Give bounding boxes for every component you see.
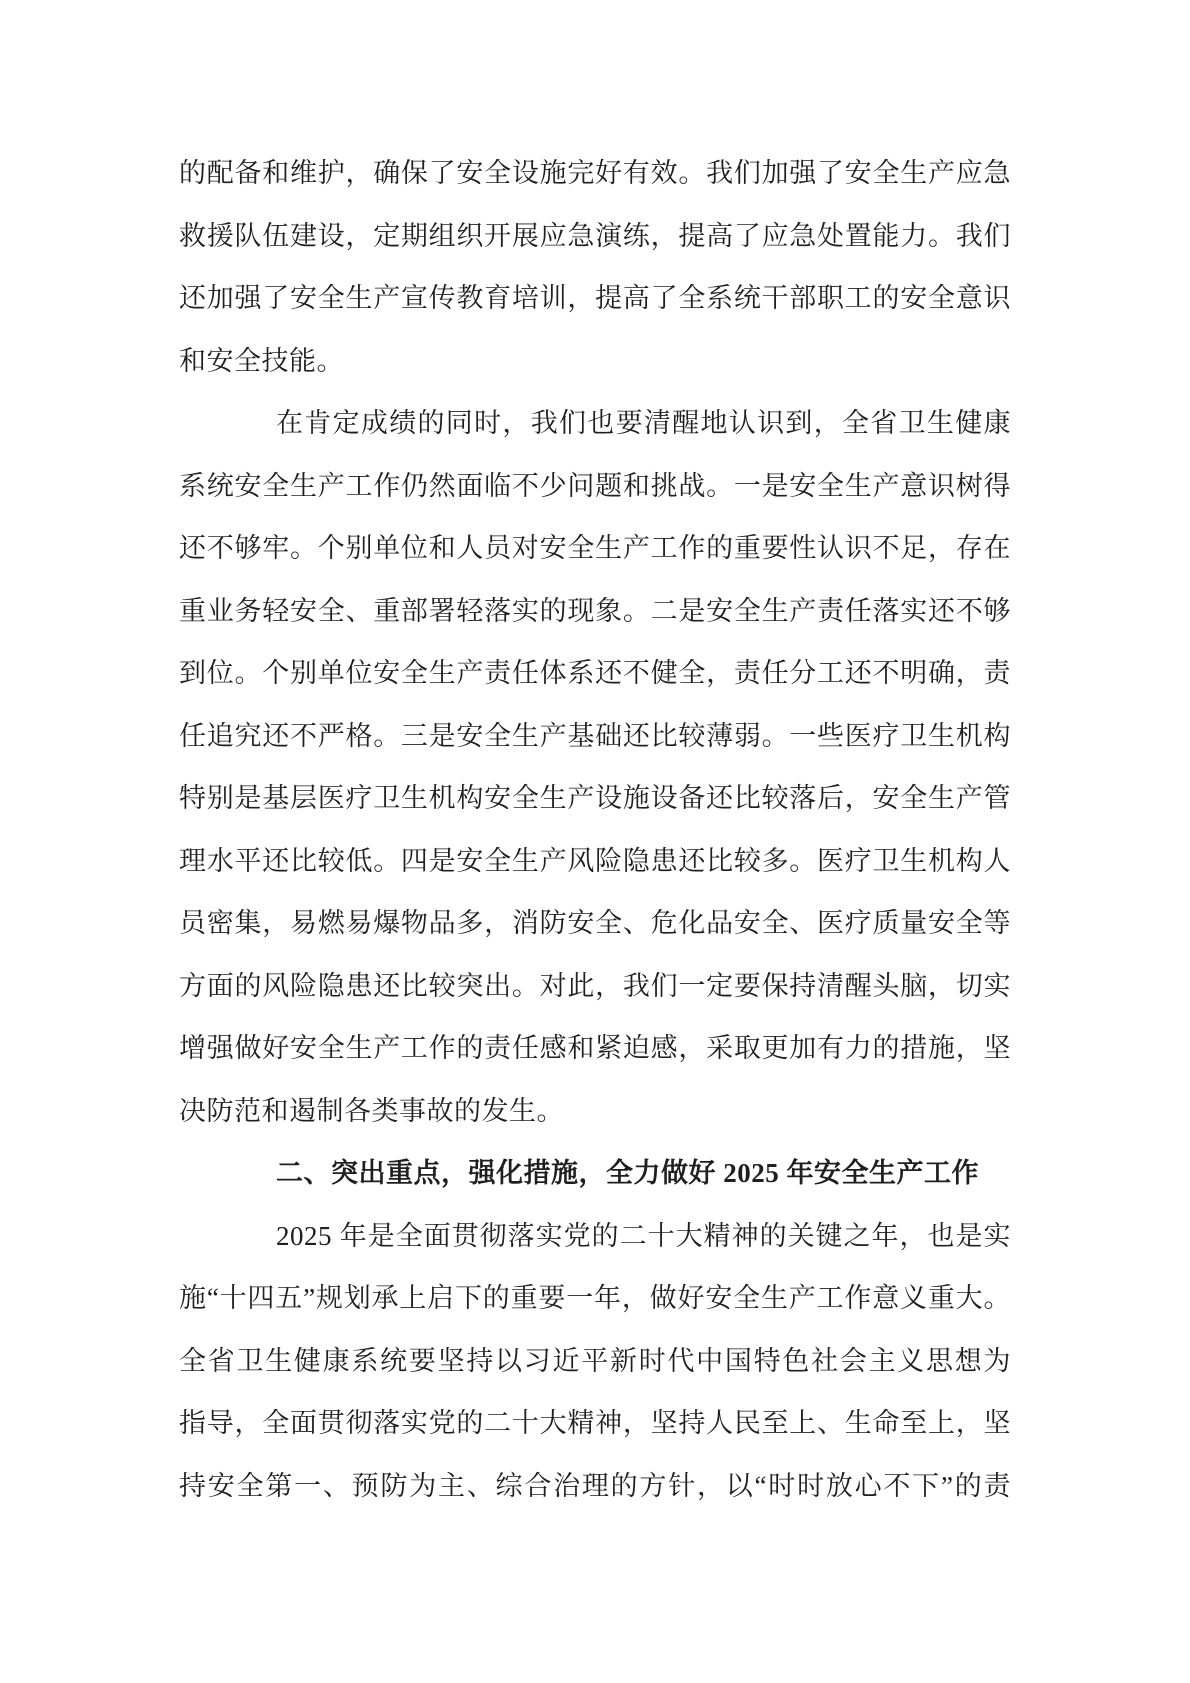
text-line: 系统安全生产工作仍然面临不少问题和挑战。一是安全生产意识树得	[179, 455, 1011, 518]
text-line: 的配备和维护，确保了安全设施完好有效。我们加强了安全生产应急	[179, 142, 1011, 205]
text-line: 救援队伍建设，定期组织开展应急演练，提高了应急处置能力。我们	[179, 205, 1011, 268]
text-line: 重业务轻安全、重部署轻落实的现象。二是安全生产责任落实还不够	[179, 580, 1011, 643]
text-line: 理水平还比较低。四是安全生产风险隐患还比较多。医疗卫生机构人	[179, 830, 1011, 893]
text-line: 增强做好安全生产工作的责任感和紧迫感，采取更加有力的措施，坚	[179, 1017, 1011, 1080]
document-page: 的配备和维护，确保了安全设施完好有效。我们加强了安全生产应急救援队伍建设，定期组…	[0, 0, 1190, 1683]
body-paragraph: 在肯定成绩的同时，我们也要清醒地认识到，全省卫生健康系统安全生产工作仍然面临不少…	[179, 392, 1011, 1142]
document-body: 的配备和维护，确保了安全设施完好有效。我们加强了安全生产应急救援队伍建设，定期组…	[179, 142, 1011, 1517]
text-line: 二、突出重点，强化措施，全力做好 2025 年安全生产工作	[179, 1142, 1011, 1205]
text-line: 2025 年是全面贯彻落实党的二十大精神的关键之年，也是实	[179, 1205, 1011, 1268]
text-line: 到位。个别单位安全生产责任体系还不健全，责任分工还不明确，责	[179, 642, 1011, 705]
text-line: 任追究还不严格。三是安全生产基础还比较薄弱。一些医疗卫生机构	[179, 705, 1011, 768]
text-line: 持安全第一、预防为主、综合治理的方针，以“时时放心不下”的责	[179, 1455, 1011, 1518]
text-line: 还加强了安全生产宣传教育培训，提高了全系统干部职工的安全意识	[179, 267, 1011, 330]
text-line: 特别是基层医疗卫生机构安全生产设施设备还比较落后，安全生产管	[179, 767, 1011, 830]
text-line: 指导，全面贯彻落实党的二十大精神，坚持人民至上、生命至上，坚	[179, 1392, 1011, 1455]
text-line: 还不够牢。个别单位和人员对安全生产工作的重要性认识不足，存在	[179, 517, 1011, 580]
body-paragraph: 的配备和维护，确保了安全设施完好有效。我们加强了安全生产应急救援队伍建设，定期组…	[179, 142, 1011, 392]
text-line: 员密集，易燃易爆物品多，消防安全、危化品安全、医疗质量安全等	[179, 892, 1011, 955]
text-line: 方面的风险隐患还比较突出。对此，我们一定要保持清醒头脑，切实	[179, 955, 1011, 1018]
body-paragraph: 2025 年是全面贯彻落实党的二十大精神的关键之年，也是实施“十四五”规划承上启…	[179, 1205, 1011, 1518]
text-line: 决防范和遏制各类事故的发生。	[179, 1080, 1011, 1143]
text-line: 施“十四五”规划承上启下的重要一年，做好安全生产工作意义重大。	[179, 1267, 1011, 1330]
text-line: 和安全技能。	[179, 330, 1011, 393]
section-heading: 二、突出重点，强化措施，全力做好 2025 年安全生产工作	[179, 1142, 1011, 1205]
text-line: 在肯定成绩的同时，我们也要清醒地认识到，全省卫生健康	[179, 392, 1011, 455]
text-line: 全省卫生健康系统要坚持以习近平新时代中国特色社会主义思想为	[179, 1330, 1011, 1393]
